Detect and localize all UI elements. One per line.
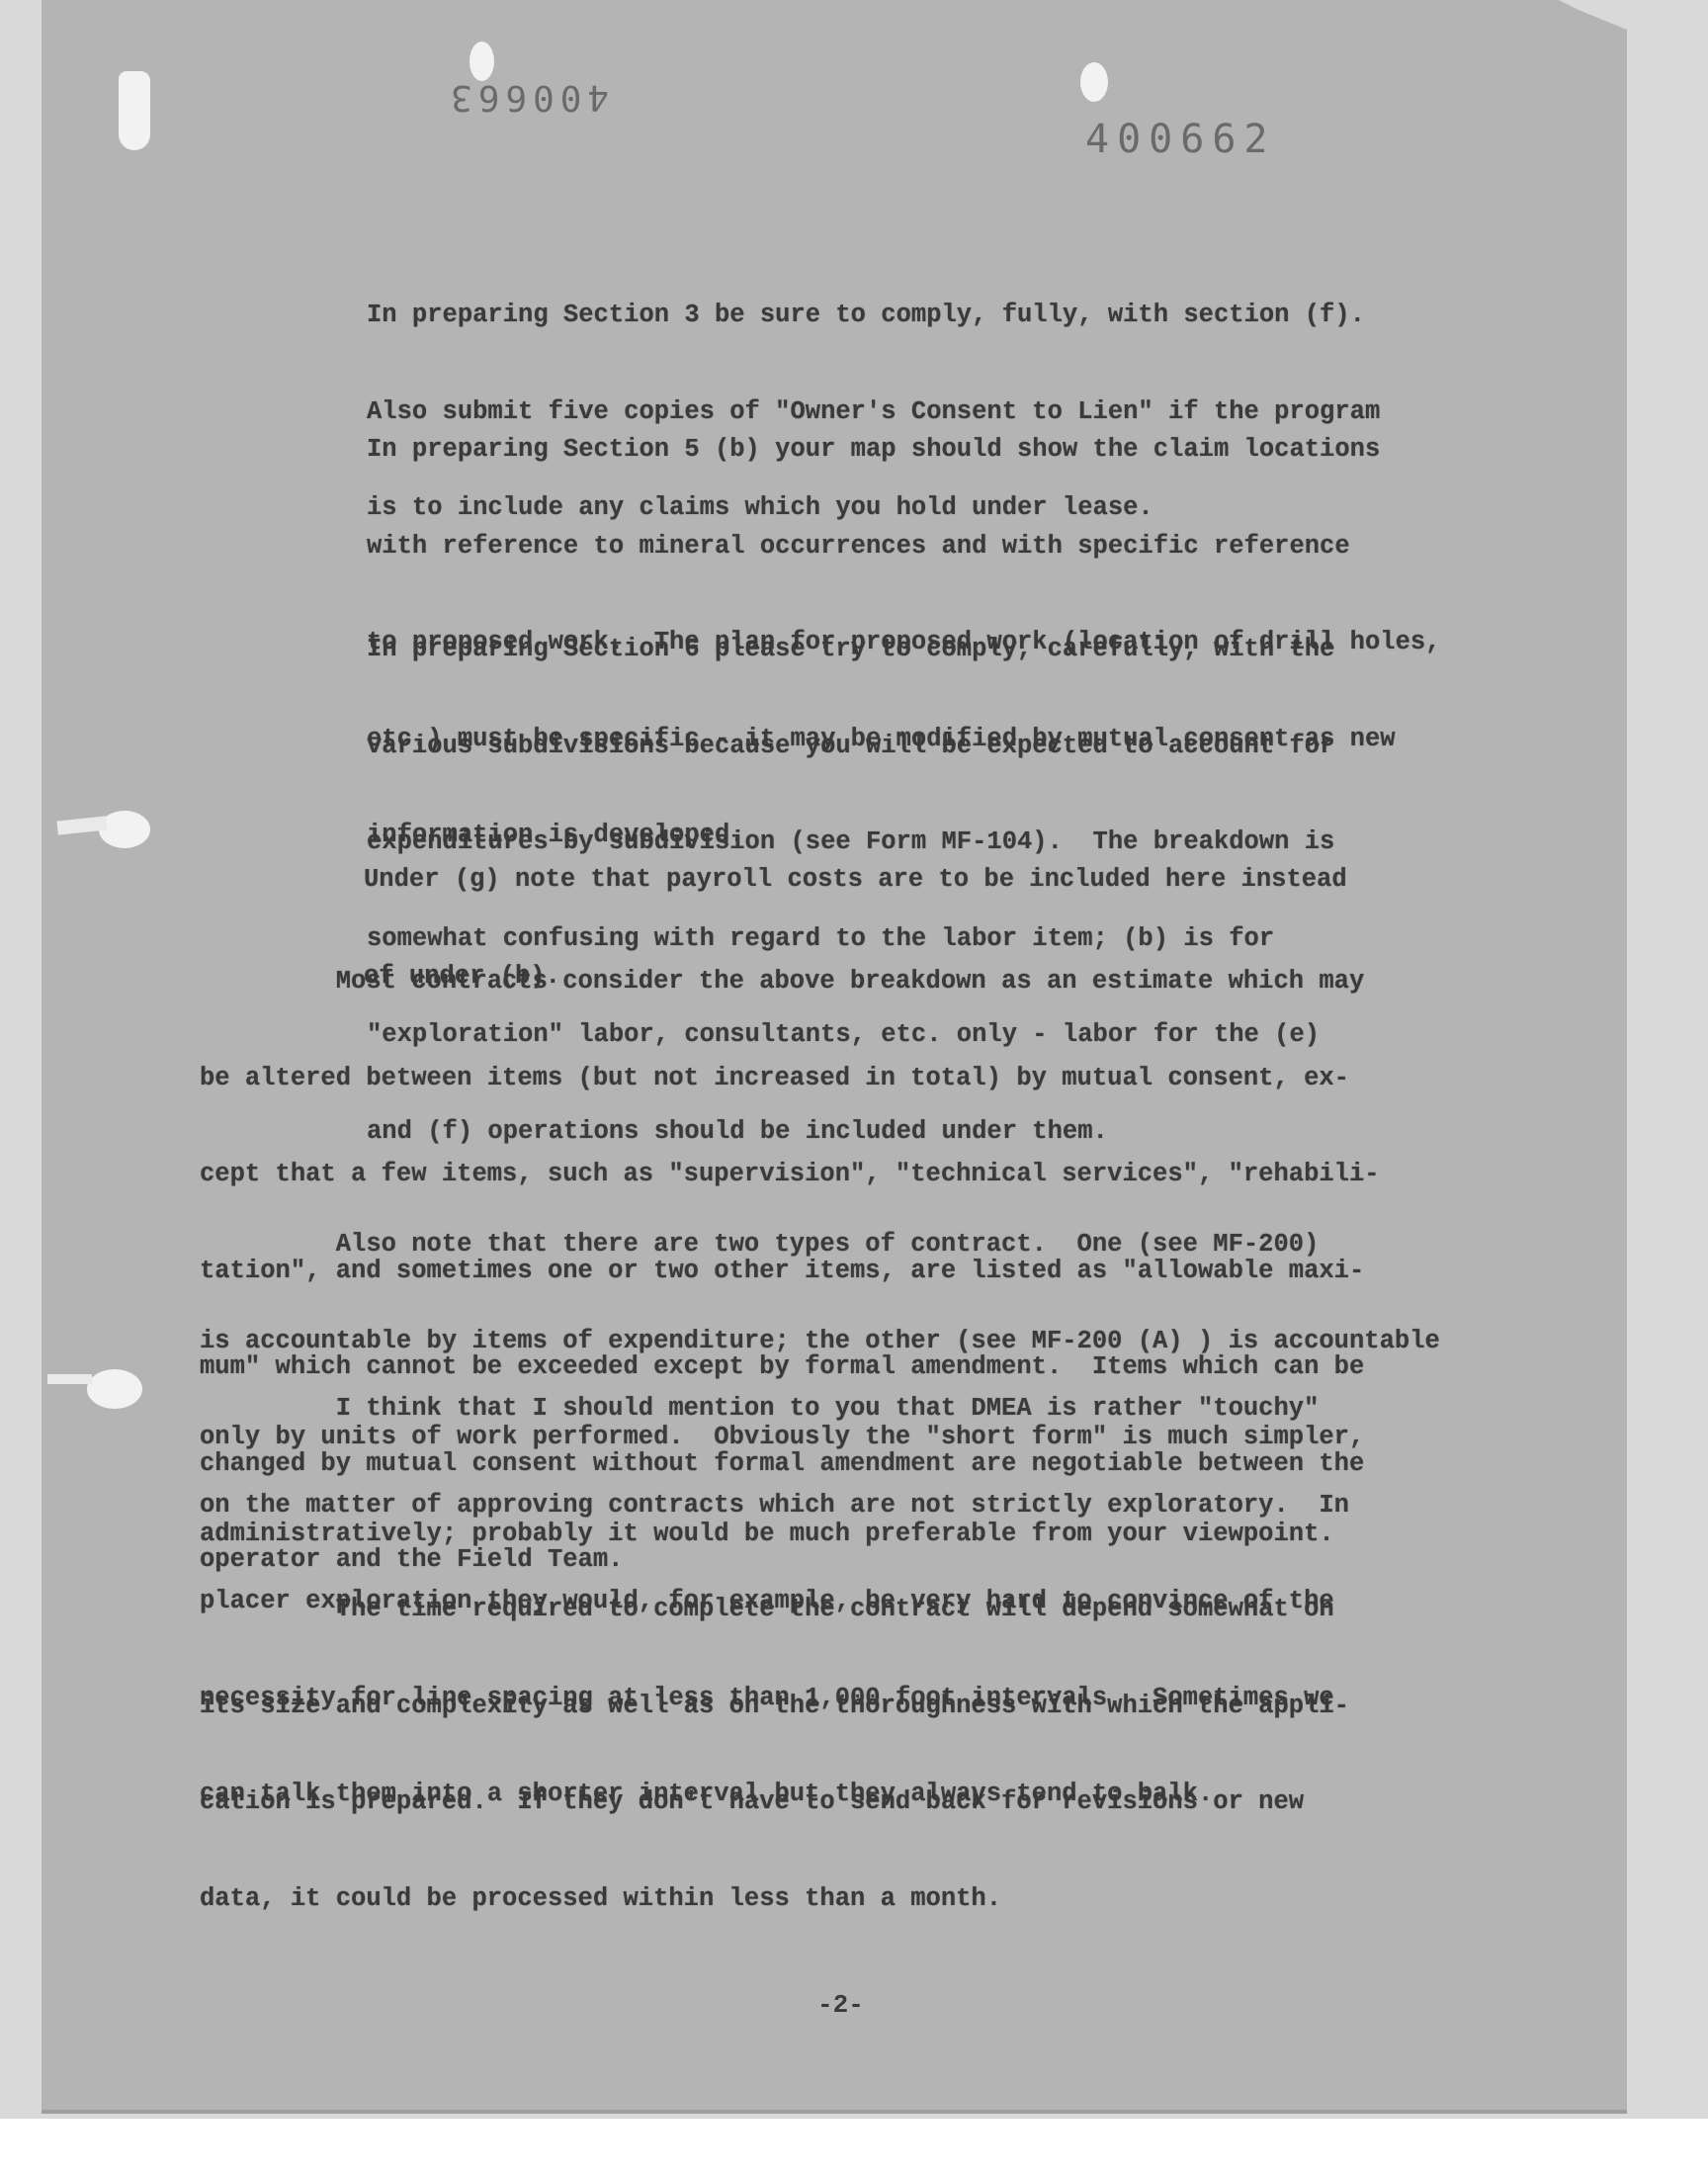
punch-hole-top-center-left: [470, 42, 494, 81]
page-number: -2-: [817, 1990, 864, 2020]
text-line: with reference to mineral occurrences an…: [367, 531, 1440, 564]
punch-hole-left-lower: [87, 1369, 142, 1409]
text-line: Also note that there are two types of co…: [200, 1229, 1440, 1261]
document-number-stamp: 400662: [1085, 117, 1276, 162]
text-line: The time required to complete the contra…: [200, 1594, 1349, 1626]
text-line: data, it could be processed within less …: [200, 1883, 1349, 1916]
text-line: In preparing Section 3 be sure to comply…: [367, 300, 1380, 332]
page-bottom-edge: [42, 2110, 1627, 2114]
text-line: Under (g) note that payroll costs are to…: [364, 864, 1347, 897]
punch-hole-top-center-right: [1080, 62, 1108, 102]
tear-left-lower: [47, 1374, 92, 1384]
text-line: various subdivisions because you will be…: [367, 731, 1334, 763]
text-line: In preparing Section 6 please try to com…: [367, 634, 1334, 666]
text-line: be altered between items (but not increa…: [200, 1063, 1380, 1095]
text-line: on the matter of approving contracts whi…: [200, 1490, 1349, 1522]
mirrored-stamp-number: 400663: [445, 77, 609, 118]
text-line: its size and complexity as well as on th…: [200, 1691, 1349, 1723]
text-line: In preparing Section 5 (b) your map shou…: [367, 434, 1440, 467]
text-line: cation is prepared. If they don't have t…: [200, 1786, 1349, 1819]
punch-hole-top-left: [119, 71, 150, 150]
text-line: Most contracts consider the above breakd…: [200, 966, 1380, 999]
paragraph-time-required: The time required to complete the contra…: [200, 1529, 1349, 1948]
text-line: I think that I should mention to you tha…: [200, 1393, 1349, 1426]
